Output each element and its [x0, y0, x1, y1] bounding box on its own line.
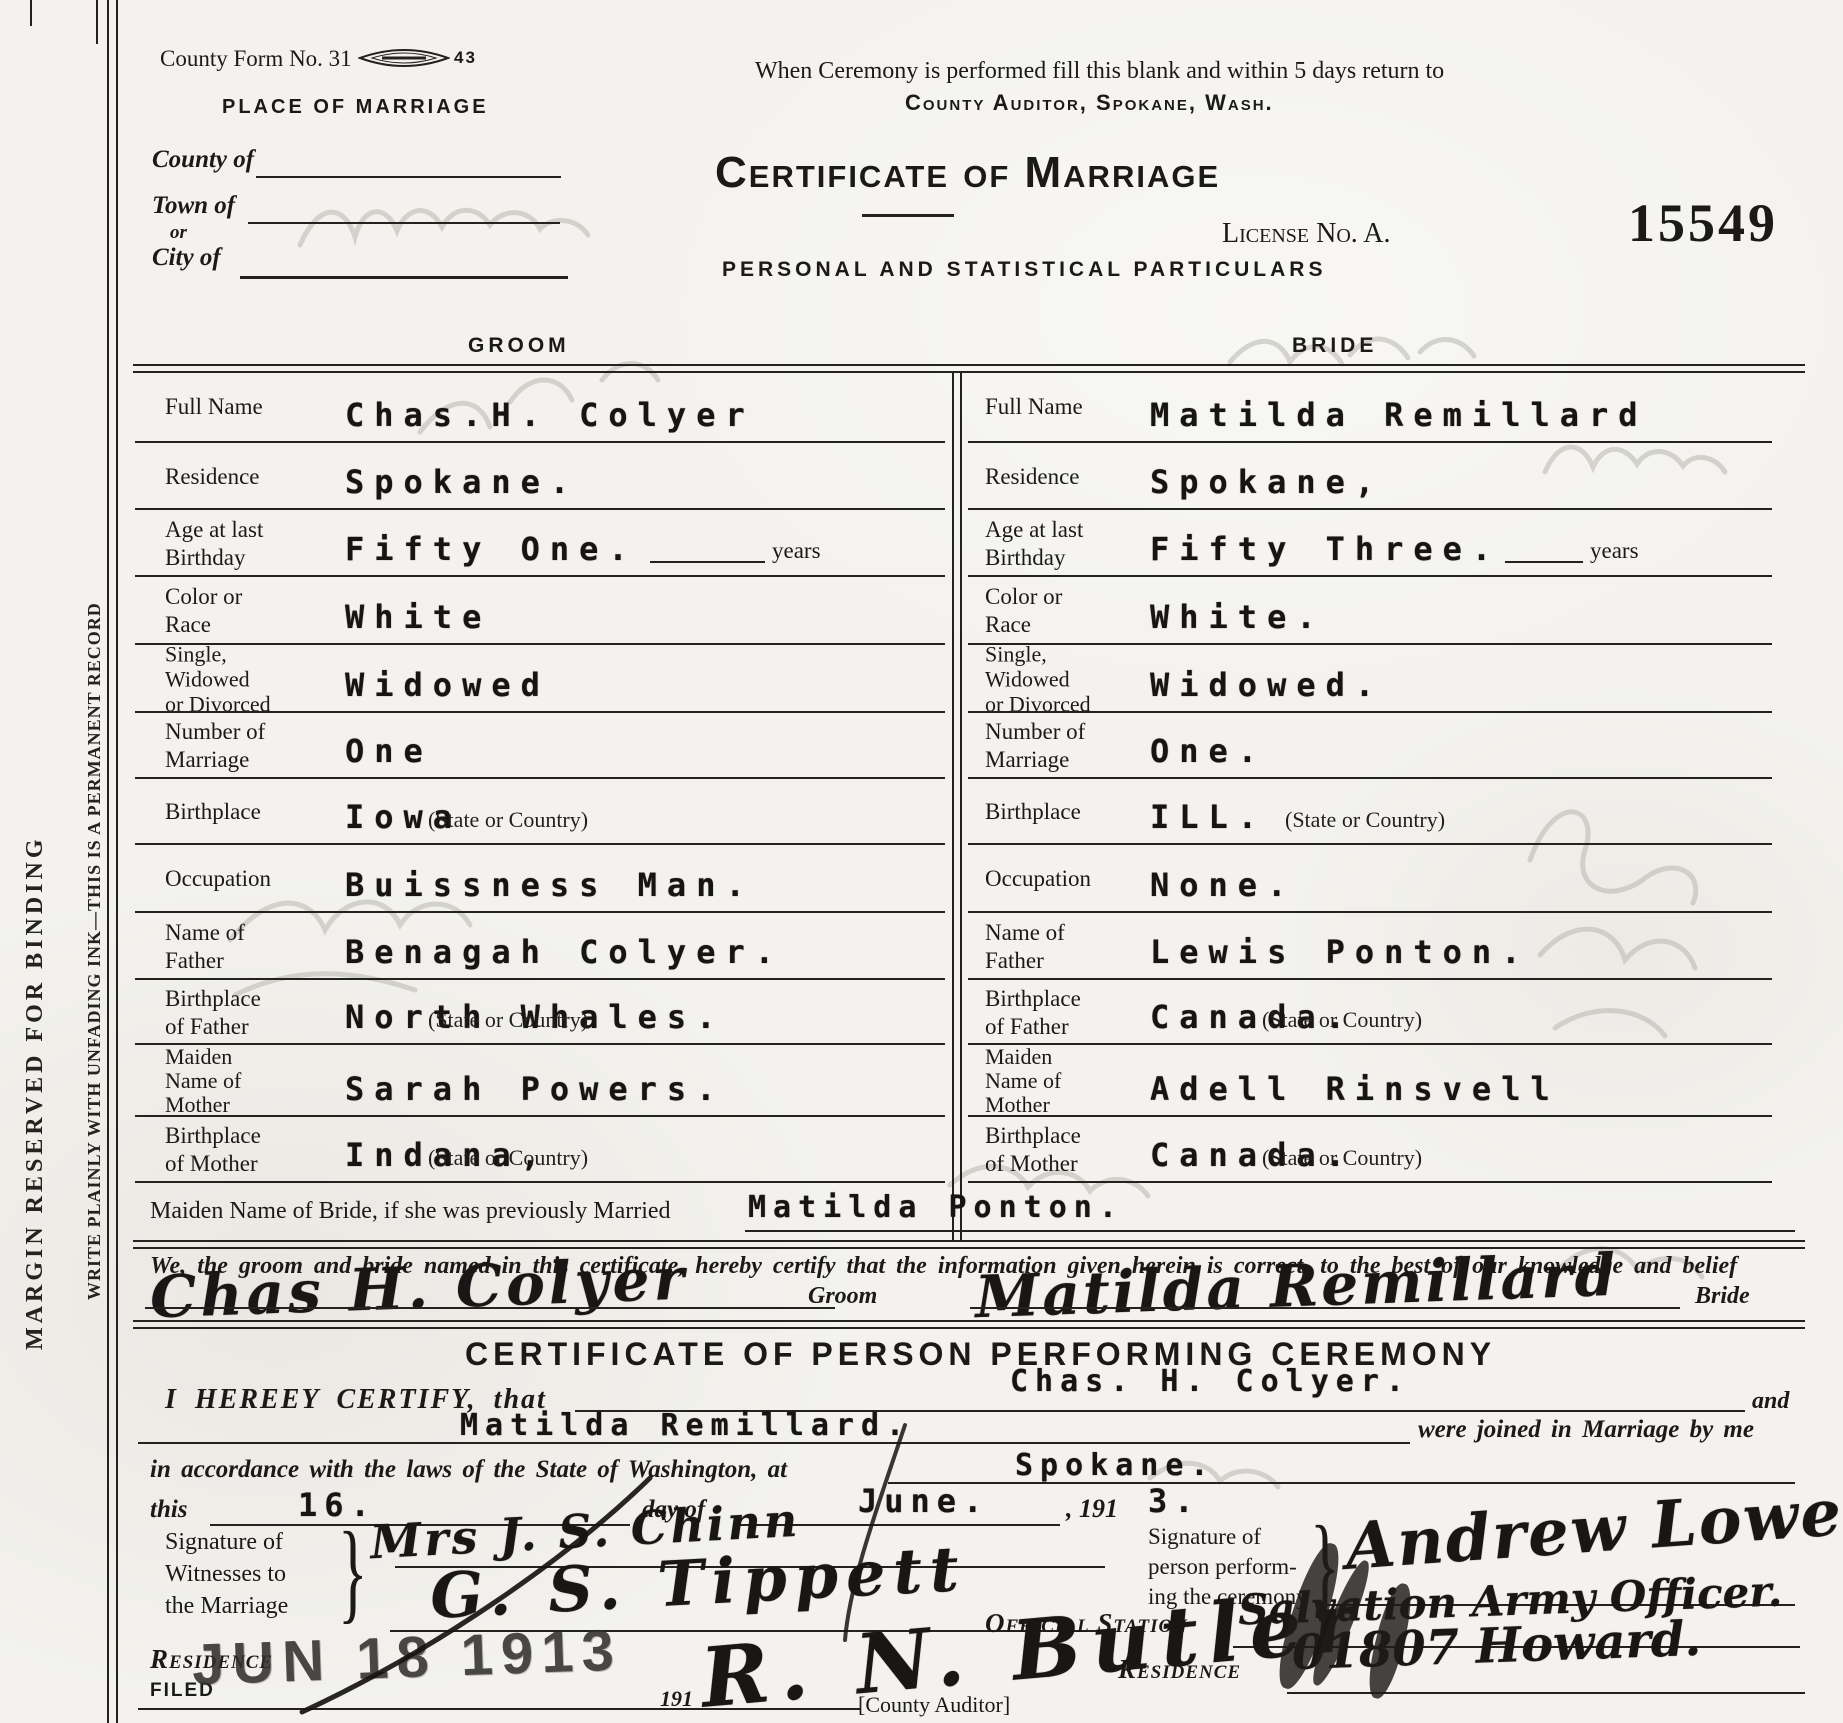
table-row-mother-name: Maiden Name of Mother Sarah Powers. Maid… — [0, 1045, 1843, 1117]
field-label: Birthplace of Father — [985, 985, 1081, 1041]
accordance-label: in accordance with the laws of the State… — [150, 1456, 787, 1484]
county-auditor-label: [County Auditor] — [858, 1692, 1010, 1718]
groom-marriage-number: One — [345, 732, 433, 770]
bride-full-name: Matilda Remillard — [1150, 396, 1648, 434]
table-row-residence: Residence Spokane. Residence Spokane, — [0, 443, 1843, 510]
margin-rule-short-2 — [96, 0, 98, 44]
license-label: License No. A. — [1222, 218, 1390, 250]
city-of-line — [240, 276, 568, 279]
section-rule-4 — [133, 1327, 1805, 1329]
state-or-country-note: (State or Country) — [1262, 1007, 1422, 1033]
table-row-marital-status: Single, Widowed or Divorced Widowed Sing… — [0, 645, 1843, 713]
age-underline — [1505, 561, 1583, 563]
town-of-label: Town of — [152, 192, 235, 220]
auditor-instruction: County Auditor, Spokane, Wash. — [905, 90, 1274, 116]
union-label-icon — [358, 46, 450, 70]
table-row-birthplace: Birthplace Iowa (State or Country) Birth… — [0, 779, 1843, 845]
form-number: County Form No. 31 — [160, 46, 352, 72]
field-label: Full Name — [985, 393, 1083, 421]
age-underline — [650, 561, 765, 563]
groom-age: Fifty One. — [345, 530, 638, 568]
field-label: Birthplace of Mother — [985, 1122, 1081, 1178]
field-label: Birthplace — [985, 798, 1081, 826]
field-label: Color or Race — [165, 583, 242, 639]
field-label: Single, Widowed or Divorced — [165, 642, 271, 717]
or-label: or — [170, 222, 187, 244]
field-label: Name of Father — [165, 919, 245, 975]
bride-birthplace: ILL. — [1150, 798, 1267, 836]
state-or-country-note: (State or Country) — [428, 1007, 588, 1033]
and-label: and — [1752, 1388, 1789, 1415]
residence-right-line — [1287, 1692, 1805, 1694]
bride-father-name: Lewis Ponton. — [1150, 933, 1530, 971]
ceremony-bride-name: Matilda Remillard. — [460, 1408, 911, 1443]
table-top-rule-1 — [133, 364, 1805, 366]
section-rule-3 — [133, 1320, 1805, 1322]
town-of-line — [248, 222, 560, 224]
field-label: Maiden Name of Mother — [985, 1045, 1061, 1117]
title-dash — [862, 214, 954, 217]
maiden-name-line — [745, 1230, 1795, 1232]
bride-mother-name: Adell Rinsvell — [1150, 1070, 1560, 1108]
years-label: years — [772, 538, 821, 564]
bride-signature-label: Bride — [1695, 1283, 1750, 1310]
bride-column-header: BRIDE — [1292, 334, 1377, 358]
groom-column-header: GROOM — [468, 334, 570, 358]
place-line — [888, 1482, 1795, 1484]
bride-marital-status: Widowed. — [1150, 666, 1384, 704]
state-or-country-note: (State or Country) — [1262, 1145, 1422, 1171]
field-label: Maiden Name of Mother — [165, 1045, 241, 1117]
groom-occupation: Buissness Man. — [345, 866, 755, 904]
return-instruction: When Ceremony is performed fill this bla… — [755, 58, 1444, 85]
ceremony-year-digit: 3. — [1148, 1482, 1201, 1520]
maiden-name-bride-value: Matilda Ponton. — [748, 1190, 1124, 1225]
field-label: Single, Widowed or Divorced — [985, 642, 1091, 717]
table-row-age: Age at last Birthday Fifty One. years Ag… — [0, 510, 1843, 577]
table-row-full-name: Full Name Chas.H. Colyer Full Name Matil… — [0, 371, 1843, 443]
table-row-occupation: Occupation Buissness Man. Occupation Non… — [0, 845, 1843, 913]
groom-race: White — [345, 598, 491, 636]
table-row-mother-birthplace: Birthplace of Mother Indana, (State or C… — [0, 1117, 1843, 1183]
margin-rule-short-1 — [30, 0, 32, 26]
bride-signature-line — [970, 1307, 1680, 1309]
joined-label: were joined in Marriage by me — [1418, 1416, 1754, 1444]
field-label: Occupation — [985, 865, 1091, 893]
groom-signature-line — [145, 1307, 835, 1309]
this-label: this — [150, 1496, 188, 1524]
table-row-race: Color or Race White Color or Race White. — [0, 577, 1843, 645]
ceremony-groom-name: Chas. H. Colyer. — [1010, 1364, 1411, 1399]
field-label: Name of Father — [985, 919, 1065, 975]
row-rule — [968, 1181, 1772, 1183]
license-number: 15549 — [1628, 192, 1778, 254]
row-rule — [135, 1181, 945, 1183]
table-row-father-birthplace: Birthplace of Father North Whales. (Stat… — [0, 980, 1843, 1045]
groom-father-name: Benagah Colyer. — [345, 933, 784, 971]
groom-mother-name: Sarah Powers. — [345, 1070, 725, 1108]
field-label: Birthplace of Mother — [165, 1122, 261, 1178]
groom-signature-label: Groom — [808, 1283, 877, 1310]
document-title: Certificate of Marriage — [715, 148, 1220, 198]
union-label-number: 43 — [454, 48, 477, 68]
table-row-father-name: Name of Father Benagah Colyer. Name of F… — [0, 913, 1843, 980]
ceremony-place: Spokane. — [1015, 1448, 1216, 1483]
state-or-country-note: (State or Country) — [1285, 807, 1445, 833]
county-of-line — [256, 176, 561, 178]
state-or-country-note: (State or Country) — [428, 807, 588, 833]
maiden-name-bride-label: Maiden Name of Bride, if she was previou… — [150, 1198, 671, 1225]
subtitle: PERSONAL AND STATISTICAL PARTICULARS — [722, 258, 1326, 282]
ceremony-month: June. — [858, 1482, 989, 1520]
year-prefix: , 191 — [1066, 1494, 1118, 1524]
field-label: Residence — [985, 463, 1080, 491]
bride-age: Fifty Three. — [1150, 530, 1501, 568]
field-label: Number of Marriage — [165, 718, 265, 774]
field-label: Color or Race — [985, 583, 1062, 639]
state-or-country-note: (State or Country) — [428, 1145, 588, 1171]
field-label: Full Name — [165, 393, 263, 421]
certify-line-2 — [138, 1442, 1410, 1444]
city-of-label: City of — [152, 244, 221, 272]
groom-full-name: Chas.H. Colyer — [345, 396, 755, 434]
place-of-marriage-heading: PLACE OF MARRIAGE — [222, 96, 489, 119]
field-label: Age at last Birthday — [985, 516, 1083, 572]
groom-residence: Spokane. — [345, 463, 579, 501]
bride-residence: Spokane, — [1150, 463, 1384, 501]
bride-race: White. — [1150, 598, 1326, 636]
field-label: Age at last Birthday — [165, 516, 263, 572]
field-label: Number of Marriage — [985, 718, 1085, 774]
witnesses-brace: } — [338, 1522, 368, 1622]
field-label: Occupation — [165, 865, 271, 893]
section-rule-1 — [133, 1240, 1805, 1242]
field-label: Birthplace of Father — [165, 985, 261, 1041]
field-label: Birthplace — [165, 798, 261, 826]
field-label: Residence — [165, 463, 260, 491]
bride-occupation: None. — [1150, 866, 1296, 904]
county-of-label: County of — [152, 146, 254, 174]
years-label: years — [1590, 538, 1639, 564]
table-row-marriage-number: Number of Marriage One Number of Marriag… — [0, 713, 1843, 779]
witnesses-label: Signature of Witnesses to the Marriage — [165, 1526, 288, 1622]
marriage-certificate-document: MARGIN RESERVED FOR BINDING WRITE PLAINL… — [0, 0, 1843, 1723]
groom-marital-status: Widowed — [345, 666, 550, 704]
bride-marriage-number: One. — [1150, 732, 1267, 770]
